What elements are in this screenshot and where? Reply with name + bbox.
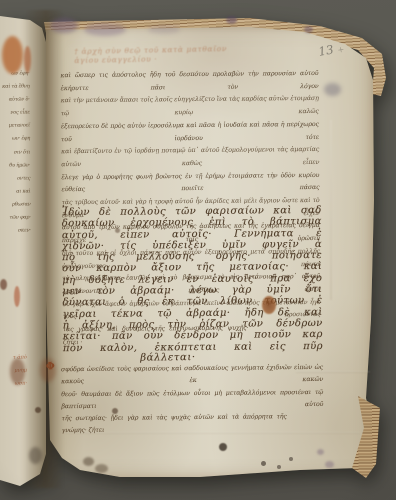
commentary-bottom-block: σφόδρα ὠνείδισε τοὺς φαρισαίους καὶ σαδδ… (61, 362, 324, 438)
facing-line-fragment: σκεν· (0, 225, 31, 238)
initial-ornament: Φ (46, 361, 56, 373)
facing-line-fragment: οντες (0, 172, 30, 185)
commentary-line: καὶ ὥσπερ τις ἀπόστολος ἤδη τοῦ δεσπότου… (60, 68, 318, 96)
facing-line-fragment: αὐτῶν ὅ· (0, 94, 30, 107)
facing-red-fragment: ωσπ· (1, 377, 27, 390)
commentary-line: καὶ τὴν μετάνοιαν ἅπασι τοῖς λαοῖς εὐηγγ… (61, 93, 319, 121)
facing-line-fragment: νος εἶπε (0, 107, 30, 120)
folio-mark: + (337, 45, 345, 55)
commentary-line: ἐξεπορεύετο δὲ πρὸς αὐτὸν ἱεροσόλυμα καὶ… (61, 119, 319, 147)
handwriting-layer: ων ἐφη·καὶ τὰ ἔθνηαὐτῶν ὅ·νος εἶπεμετανο… (0, 0, 396, 500)
facing-line-fragment: σιν ὅτι (0, 146, 30, 159)
facing-line-fragment: θυ ἡμῶν· (0, 159, 30, 172)
folio-number: 13 + (317, 41, 345, 59)
facing-line-fragment: αι καὶ (0, 185, 31, 198)
commentary-line: τῆς σωτηρίας· ᾔδει γὰρ καὶ τὰς ψυχὰς αὐτ… (61, 411, 287, 438)
facing-line-fragment: τῶν φαρ· (0, 211, 31, 224)
codex-book: ων ἐφη·καὶ τὰ ἔθνηαὐτῶν ὅ·νος εἶπεμετανο… (0, 0, 396, 500)
facing-line-fragment: καὶ τὰ ἔθνη (0, 81, 30, 94)
facing-line-fragment: ων· ἐφη (0, 133, 30, 146)
folio-number-value: 13 (317, 43, 334, 59)
commentary-line: καὶ ἐβαπτίζοντο ἐν τῷ ἰορδάνῃ ποταμῷ ὑπ᾽… (61, 144, 319, 172)
faded-rubric-title: † ἀρχὴ σὺν θεῷ τοῦ κατὰ ματθαῖον ἁγίου ε… (74, 44, 250, 65)
facing-page-line-ends: ων ἐφη·καὶ τὰ ἔθνηαὐτῶν ὅ·νος εἶπεμετανο… (0, 67, 31, 237)
facing-line-fragment: μετανοεῖ (0, 120, 30, 133)
commentary-line: ἔλεγε γὰρ ὁ προφήτης φωνὴ βοῶντος ἐν τῇ … (61, 170, 319, 198)
commentary-line: σφόδρα ὠνείδισε τοὺς φαρισαίους καὶ σαδδ… (61, 362, 323, 389)
facing-red-fragment: μνημ (1, 364, 27, 377)
facing-red-fragment: τ ἀπὸ (1, 351, 27, 364)
facing-line-fragment: ρθωσαν (0, 198, 31, 211)
facing-line-fragment: ων ἐφη· (0, 67, 30, 80)
gospel-text-block: Ἰδὼν δὲ πολλοὺς τῶν φαρισαίων καὶ σαδδου… (62, 204, 323, 354)
facing-page-red-fragments: τ ἀπὸμνημωσπ· (1, 351, 27, 390)
commentary-line: θεοῦ· θαυμάσαι δὲ ἄξιον πῶς ἐτόλμων οὗτο… (61, 387, 323, 414)
manuscript-photo: ων ἐφη·καὶ τὰ ἔθνηαὐτῶν ὅ·νος εἶπεμετανο… (0, 0, 396, 500)
